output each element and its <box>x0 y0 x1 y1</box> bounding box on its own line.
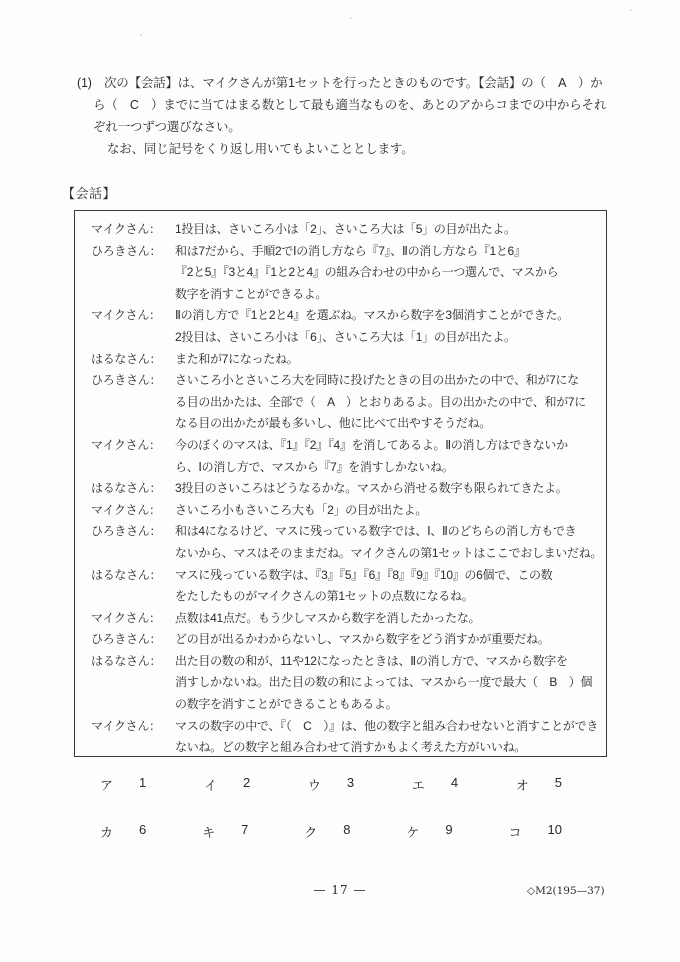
speaker-name <box>91 737 175 757</box>
dialogue-row: 『2と5』『3と4』『1と2と4』の組み合わせの中から一つ選んで、マスから <box>91 262 602 284</box>
speaker-name: マイクさん： <box>91 219 175 241</box>
dialogue-row: はるなさん：マスに残っている数字は、『3』『5』『6』『8』『9』『10』の6個… <box>91 565 602 587</box>
dialogue-row: る目の出かたは、全部で（ A ）とおりあるよ。目の出かたの中で、和が7に <box>91 392 602 414</box>
answer-option-カ: カ6 <box>100 822 146 841</box>
option-value: 3 <box>347 775 354 794</box>
answer-option-コ: コ10 <box>509 822 562 841</box>
speaker-name <box>91 327 175 349</box>
dialogue-row: なる目の出かたが最も多いし、他に比べて出やすそうだね。 <box>91 413 602 435</box>
option-value: 7 <box>241 822 248 841</box>
question-line: (1) 次の【会話】は、マイクさんが第1セットを行ったときのものです。【会話】の… <box>77 72 637 94</box>
option-key: カ <box>100 822 113 841</box>
speaker-name <box>91 543 175 565</box>
speaker-name: ひろきさん： <box>91 629 175 651</box>
dialogue-text: マスに残っている数字は、『3』『5』『6』『8』『9』『10』の6個で、この数 <box>175 565 552 587</box>
speaker-name: はるなさん： <box>91 565 175 587</box>
option-value: 8 <box>343 822 350 841</box>
option-value: 10 <box>548 822 562 841</box>
option-value: 5 <box>555 775 562 794</box>
option-key: ク <box>304 822 317 841</box>
dialogue-row: ないね。どの数字と組み合わせて消すかもよく考えた方がいいね。 <box>91 737 602 757</box>
speaker-name <box>91 694 175 716</box>
exam-page: (1) 次の【会話】は、マイクさんが第1セットを行ったときのものです。【会話】の… <box>0 0 680 962</box>
dialogue-text: の数字を消すことができることもあるよ。 <box>175 694 397 716</box>
dialogue-row: 数字を消すことができるよ。 <box>91 284 602 306</box>
scan-speck <box>630 9 632 11</box>
doc-code: ◇M2(195—37) <box>527 885 605 897</box>
option-value: 4 <box>451 775 458 794</box>
dialogue-text: ないね。どの数字と組み合わせて消すかもよく考えた方がいいね。 <box>175 737 526 757</box>
dialogue-text: をたしたものがマイクさんの第1セットの点数になるね。 <box>175 586 473 608</box>
dialogue-text: 数字を消すことができるよ。 <box>175 284 327 306</box>
dialogue-row: はるなさん：出た目の数の和が、11や12になったときは、Ⅱの消し方で、マスから数… <box>91 651 602 673</box>
question-instructions: (1) 次の【会話】は、マイクさんが第1セットを行ったときのものです。【会話】の… <box>77 72 637 160</box>
option-value: 9 <box>445 822 452 841</box>
option-value: 6 <box>139 822 146 841</box>
answer-option-ケ: ケ9 <box>406 822 452 841</box>
option-key: キ <box>202 822 215 841</box>
dialogue-row: をたしたものがマイクさんの第1セットの点数になるね。 <box>91 586 602 608</box>
dialogue-row: マイクさん：さいころ小もさいころ大も「2」の目が出たよ。 <box>91 500 602 522</box>
dialogue-text: 点数は41点だ。もう少しマスから数字を消したかったな。 <box>175 608 480 630</box>
dialogue-text: 1投目は、さいころ小は「2」、さいころ大は「5」の目が出たよ。 <box>175 219 516 241</box>
speaker-name: マイクさん： <box>91 500 175 522</box>
dialogue-text: 和は7だから、手順2でⅠの消し方なら『7』、Ⅱの消し方なら『1と6』 <box>175 241 526 263</box>
option-key: イ <box>204 775 217 794</box>
dialogue-text: 『2と5』『3と4』『1と2と4』の組み合わせの中から一つ選んで、マスから <box>175 262 558 284</box>
dialogue-row: マイクさん：点数は41点だ。もう少しマスから数字を消したかったな。 <box>91 608 602 630</box>
answer-option-エ: エ4 <box>412 775 458 794</box>
dialogue-text: さいころ小もさいころ大も「2」の目が出たよ。 <box>175 500 427 522</box>
speaker-name: ひろきさん： <box>91 370 175 392</box>
speaker-name <box>91 672 175 694</box>
question-line: なお、同じ記号をくり返し用いてもよいこととします。 <box>107 138 637 160</box>
dialogue-row: の数字を消すことができることもあるよ。 <box>91 694 602 716</box>
dialogue-row: マイクさん：1投目は、さいころ小は「2」、さいころ大は「5」の目が出たよ。 <box>91 219 602 241</box>
speaker-name: ひろきさん： <box>91 241 175 263</box>
dialogue-text: る目の出かたは、全部で（ A ）とおりあるよ。目の出かたの中で、和が7に <box>175 392 586 414</box>
speaker-name: ひろきさん： <box>91 521 175 543</box>
dialogue-text: 消すしかないね。出た目の数の和によっては、マスから一度で最大（ B ）個 <box>175 672 592 694</box>
option-key: コ <box>509 822 522 841</box>
answer-option-ア: ア1 <box>100 775 146 794</box>
dialogue-text: 和は4になるけど、マスに残っている数字では、Ⅰ、Ⅱのどちらの消し方もでき <box>175 521 576 543</box>
dialogue-text: マスの数字の中で、『（ C ）』は、他の数字と組み合わせないと消すことができ <box>175 716 598 738</box>
option-key: ウ <box>308 775 321 794</box>
scan-speck <box>350 17 352 19</box>
speaker-name: マイクさん： <box>91 716 175 738</box>
option-value: 2 <box>243 775 250 794</box>
dialogue-row: ないから、マスはそのままだね。マイクさんの第1セットはここでおしまいだね。 <box>91 543 602 565</box>
dialogue-row: ひろきさん：さいころ小とさいころ大を同時に投げたときの目の出かたの中で、和が7に… <box>91 370 602 392</box>
dialogue-row: ひろきさん：和は4になるけど、マスに残っている数字では、Ⅰ、Ⅱのどちらの消し方も… <box>91 521 602 543</box>
speaker-name: はるなさん： <box>91 349 175 371</box>
speaker-name <box>91 262 175 284</box>
dialogue-row: ひろきさん：どの目が出るかわからないし、マスから数字をどう消すかが重要だね。 <box>91 629 602 651</box>
option-value: 1 <box>139 775 146 794</box>
dialogue-row: ら、Ⅰの消し方で、マスから『7』を消すしかないね。 <box>91 457 602 479</box>
dialogue-text: 2投目は、さいころ小は「6」、さいころ大は「1」の目が出たよ。 <box>175 327 516 349</box>
speaker-name: マイクさん： <box>91 435 175 457</box>
option-key: オ <box>516 775 529 794</box>
speaker-name <box>91 284 175 306</box>
option-key: ケ <box>406 822 419 841</box>
dialogue-text: ないから、マスはそのままだね。マイクさんの第1セットはここでおしまいだね。 <box>175 543 602 565</box>
option-key: エ <box>412 775 425 794</box>
speaker-name <box>91 413 175 435</box>
dialogue-row: マイクさん：Ⅱの消し方で『1と2と4』を選ぶね。マスから数字を3個消すことができ… <box>91 305 602 327</box>
question-line: ぞれ一つずつ選びなさい。 <box>93 116 637 138</box>
speaker-name <box>91 457 175 479</box>
dialogue-text: さいころ小とさいころ大を同時に投げたときの目の出かたの中で、和が7にな <box>175 370 579 392</box>
dialogue-text: 今のぼくのマスは、『1』『2』『4』を消してあるよ。Ⅱの消し方はできないか <box>175 435 568 457</box>
option-key: ア <box>100 775 113 794</box>
scan-speck <box>140 34 142 36</box>
answer-option-オ: オ5 <box>516 775 562 794</box>
answer-option-キ: キ7 <box>202 822 248 841</box>
speaker-name: マイクさん： <box>91 608 175 630</box>
dialogue-row: はるなさん：また和が7になったね。 <box>91 349 602 371</box>
dialogue-text: また和が7になったね。 <box>175 349 298 371</box>
speaker-name: はるなさん： <box>91 478 175 500</box>
dialogue-row: 2投目は、さいころ小は「6」、さいころ大は「1」の目が出たよ。 <box>91 327 602 349</box>
dialogue-text: なる目の出かたが最も多いし、他に比べて出やすそうだね。 <box>175 413 491 435</box>
speaker-name <box>91 392 175 414</box>
answer-option-ク: ク8 <box>304 822 350 841</box>
answer-options-row-1: ア1イ2ウ3エ4オ5 <box>100 775 562 794</box>
speaker-name <box>91 586 175 608</box>
question-line: ら（ C ）までに当てはまる数として最も適当なものを、あとのアからコまでの中から… <box>93 94 637 116</box>
dialogue-text: どの目が出るかわからないし、マスから数字をどう消すかが重要だね。 <box>175 629 549 651</box>
dialogue-text: 出た目の数の和が、11や12になったときは、Ⅱの消し方で、マスから数字を <box>175 651 568 673</box>
dialogue-text: 3投目のさいころはどうなるかな。マスから消せる数字も限られてきたよ。 <box>175 478 567 500</box>
speaker-name: マイクさん： <box>91 305 175 327</box>
answer-option-ウ: ウ3 <box>308 775 354 794</box>
answer-option-イ: イ2 <box>204 775 250 794</box>
dialogue-row: はるなさん：3投目のさいころはどうなるかな。マスから消せる数字も限られてきたよ。 <box>91 478 602 500</box>
conversation-label: 【会話】 <box>62 183 116 202</box>
dialogue-row: マイクさん：マスの数字の中で、『（ C ）』は、他の数字と組み合わせないと消すこ… <box>91 716 602 738</box>
conversation-box: マイクさん：1投目は、さいころ小は「2」、さいころ大は「5」の目が出たよ。ひろき… <box>74 210 607 757</box>
dialogue-row: 消すしかないね。出た目の数の和によっては、マスから一度で最大（ B ）個 <box>91 672 602 694</box>
speaker-name: はるなさん： <box>91 651 175 673</box>
dialogue-row: マイクさん：今のぼくのマスは、『1』『2』『4』を消してあるよ。Ⅱの消し方はでき… <box>91 435 602 457</box>
dialogue-row: ひろきさん：和は7だから、手順2でⅠの消し方なら『7』、Ⅱの消し方なら『1と6』 <box>91 241 602 263</box>
dialogue-text: Ⅱの消し方で『1と2と4』を選ぶね。マスから数字を3個消すことができた。 <box>175 305 569 327</box>
answer-options-row-2: カ6キ7ク8ケ9コ10 <box>100 822 562 841</box>
dialogue-text: ら、Ⅰの消し方で、マスから『7』を消すしかないね。 <box>175 457 453 479</box>
